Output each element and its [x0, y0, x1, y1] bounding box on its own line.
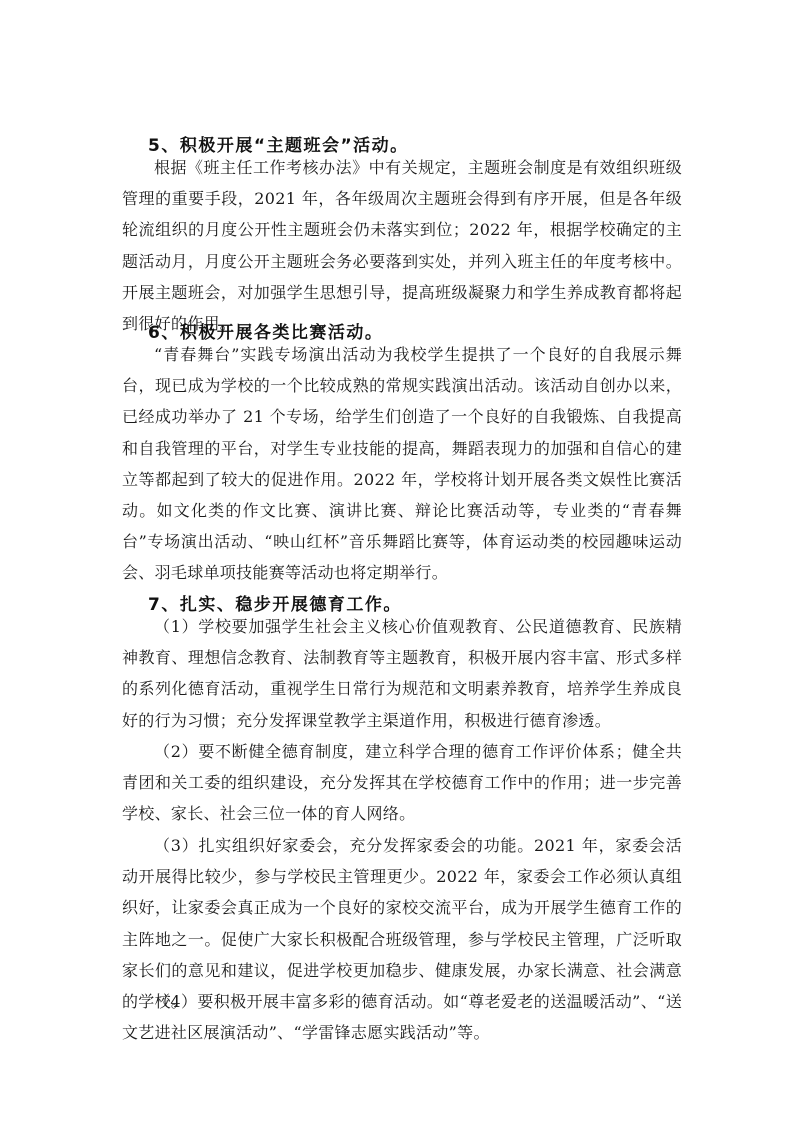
paragraph-competitions: “青春舞台”实践专场演出活动为我校学生提拱了一个良好的自我展示舞台，现已成为学校…	[122, 339, 682, 589]
paragraph-theme-class-meeting: 根据《班主任工作考核办法》中有关规定，主题班会制度是有效组织班级管理的重要手段，…	[122, 152, 682, 339]
paragraph-moral-education-4: （4）要积极开展丰富多彩的德育活动。如“尊老爱老的送温暖活动”、“送文艺进社区展…	[122, 986, 682, 1048]
paragraph-moral-education-2: （2）要不断健全德育制度，建立科学合理的德育工作评价体系；健全共青团和关工委的组…	[122, 736, 682, 830]
paragraph-moral-education-1: （1）学校要加强学生社会主义核心价值观教育、公民道德教育、民族精神教育、理想信念…	[122, 611, 682, 736]
